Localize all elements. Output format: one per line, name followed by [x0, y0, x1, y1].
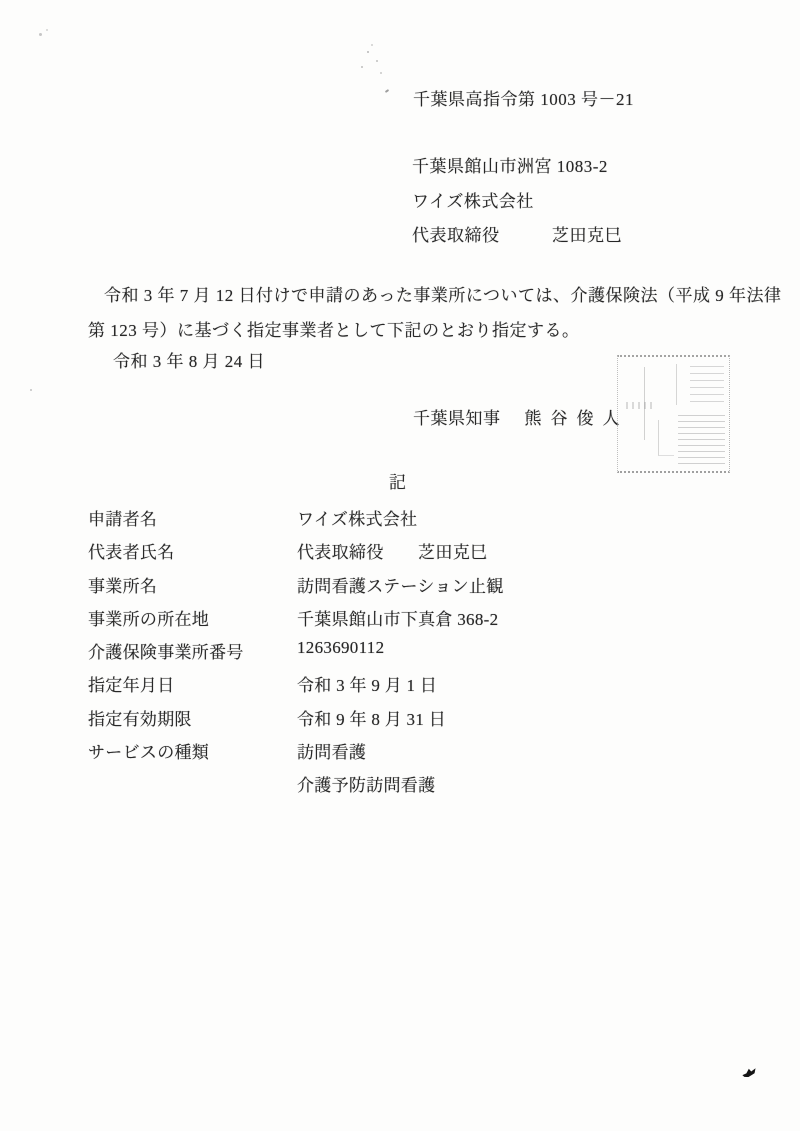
- detail-label: 代表者氏名: [88, 538, 175, 563]
- detail-label: 指定年月日: [88, 671, 175, 696]
- scan-speckle: [376, 60, 378, 62]
- detail-row-designation-date: 指定年月日 令和 3 年 9 月 1 日: [0, 671, 800, 704]
- scan-speckle: [371, 44, 373, 46]
- detail-label: 介護保険事業所番号: [88, 638, 244, 663]
- stamp-mark: [658, 420, 675, 456]
- detail-value: 代表取締役 芝田克巳: [297, 538, 487, 563]
- detail-row-office-name: 事業所名 訪問看護ステーション止観: [0, 572, 800, 605]
- scan-tick-mark: [385, 89, 389, 93]
- detail-value: 令和 3 年 9 月 1 日: [297, 671, 437, 696]
- body-paragraph-line-1: 令和 3 年 7 月 12 日付けで申請のあった事業所については、介護保険法（平…: [104, 281, 782, 306]
- detail-label: サービスの種類: [88, 738, 209, 763]
- stamp-mark: [678, 412, 725, 464]
- recipient-address: 千葉県館山市洲宮 1083-2: [412, 152, 608, 177]
- detail-row-service-type-2: 介護予防訪問看護: [0, 771, 800, 804]
- detail-row-expiry-date: 指定有効期限 令和 9 年 8 月 31 日: [0, 705, 800, 738]
- detail-row-office-address: 事業所の所在地 千葉県館山市下真倉 368-2: [0, 605, 800, 638]
- issue-date: 令和 3 年 8 月 24 日: [113, 347, 265, 372]
- scan-speckle: [39, 33, 42, 36]
- issuer-line: 千葉県知事熊谷俊人: [413, 404, 629, 429]
- official-seal-stamp-icon: [617, 355, 730, 473]
- detail-label: 申請者名: [88, 505, 157, 530]
- detail-row-representative: 代表者氏名 代表取締役 芝田克巳: [0, 538, 800, 571]
- detail-value: 訪問看護ステーション止観: [297, 572, 504, 597]
- issuer-title: 千葉県知事: [413, 409, 501, 428]
- recipient-company: ワイズ株式会社: [412, 187, 534, 212]
- section-marker-ki: 記: [389, 468, 406, 493]
- detail-value: 令和 9 年 8 月 31 日: [297, 705, 446, 730]
- body-paragraph-line-2: 第 123 号）に基づく指定事業者として下記のとおり指定する。: [88, 316, 580, 341]
- stamp-mark: [626, 402, 655, 409]
- detail-value: 千葉県館山市下真倉 368-2: [297, 605, 498, 630]
- scan-speckle: [367, 51, 369, 53]
- detail-value: ワイズ株式会社: [297, 505, 417, 530]
- detail-row-office-number: 介護保険事業所番号 1263690112: [0, 638, 800, 671]
- details-list: 申請者名 ワイズ株式会社 代表者氏名 代表取締役 芝田克巳 事業所名 訪問看護ス…: [0, 505, 800, 805]
- scan-speckle: [30, 389, 32, 391]
- detail-row-applicant: 申請者名 ワイズ株式会社: [0, 505, 800, 538]
- detail-value: 介護予防訪問看護: [297, 771, 435, 796]
- scan-speckle: [46, 29, 48, 31]
- scanned-designation-notice: 千葉県高指令第 1003 号－21 千葉県館山市洲宮 1083-2 ワイズ株式会…: [0, 0, 800, 1131]
- ink-blot: [741, 1066, 756, 1078]
- document-number: 千葉県高指令第 1003 号－21: [413, 85, 634, 110]
- detail-label: 事業所名: [88, 572, 157, 597]
- issuer-name: 熊谷俊人: [525, 409, 629, 428]
- stamp-mark: [676, 364, 677, 404]
- stamp-mark: [690, 364, 724, 402]
- detail-label: 指定有効期限: [88, 705, 192, 730]
- detail-label: 事業所の所在地: [88, 605, 209, 630]
- detail-value: 1263690112: [297, 638, 384, 658]
- detail-row-service-type: サービスの種類 訪問看護: [0, 738, 800, 771]
- scan-speckle: [361, 66, 363, 68]
- scan-speckle: [380, 72, 382, 74]
- recipient-representative: 代表取締役 芝田克巳: [412, 221, 622, 246]
- detail-value: 訪問看護: [297, 738, 366, 763]
